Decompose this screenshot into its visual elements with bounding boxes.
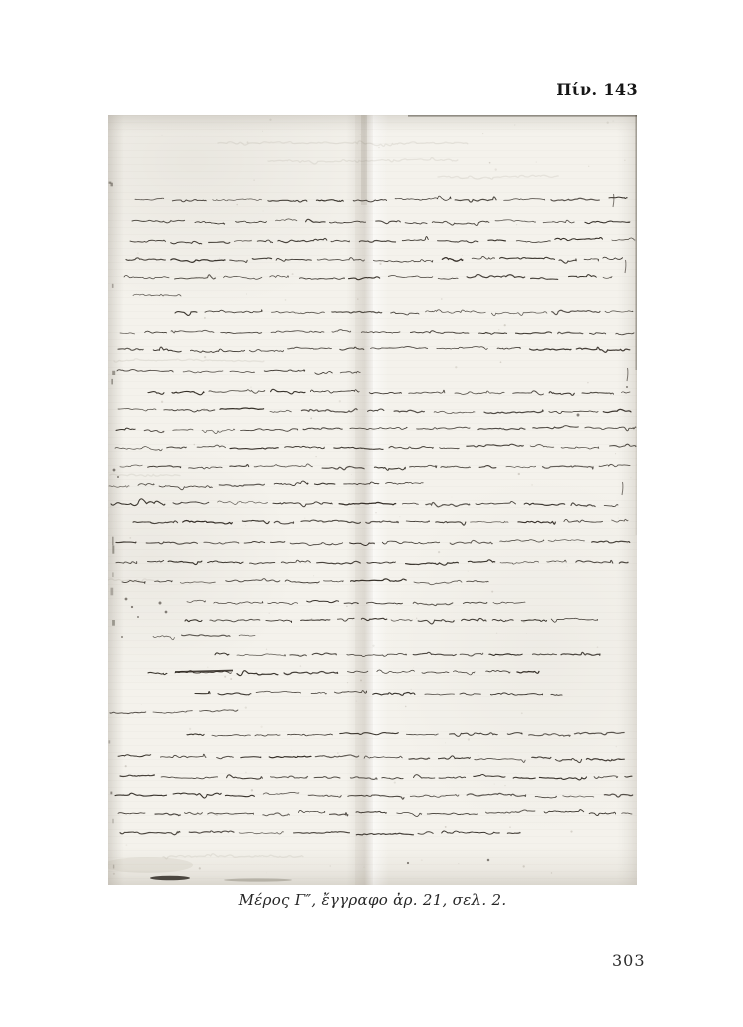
handwritten-greek-manuscript-image bbox=[108, 115, 637, 885]
book-page: Πίν. 143 Μέρος Γ″, ἔγγραφο ἀρ. 21, σελ. … bbox=[0, 0, 743, 1027]
plate-label: Πίν. 143 bbox=[556, 80, 638, 99]
manuscript-scan-figure bbox=[108, 115, 637, 885]
figure-caption: Μέρος Γ″, ἔγγραφο ἀρ. 21, σελ. 2. bbox=[108, 891, 637, 909]
page-number: 303 bbox=[612, 951, 646, 970]
